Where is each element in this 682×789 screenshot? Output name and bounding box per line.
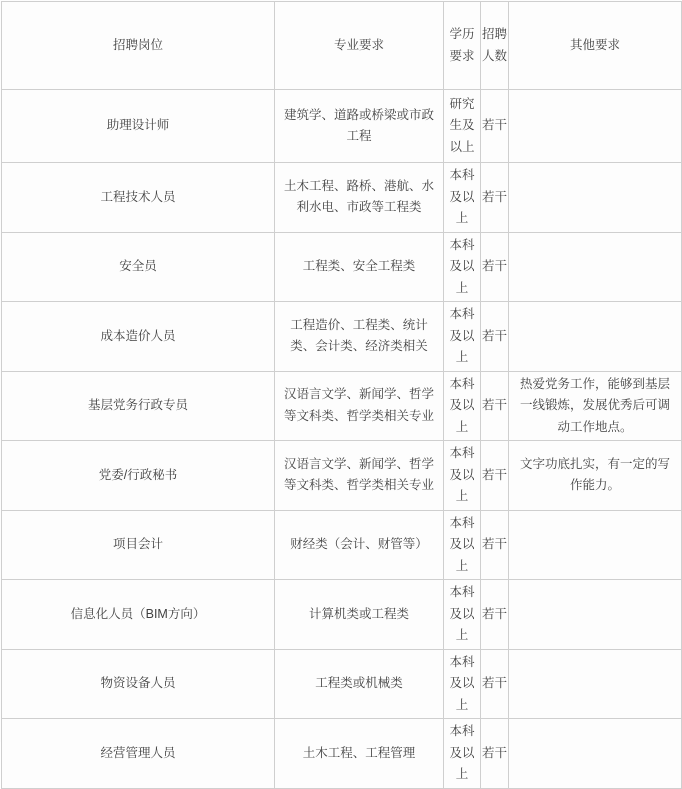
- header-major: 专业要求: [275, 2, 444, 90]
- count-cell: 若干: [481, 580, 509, 650]
- position-cell: 物资设备人员: [2, 649, 275, 719]
- other-cell: 热爱党务工作，能够到基层一线锻炼，发展优秀后可调动工作地点。: [509, 371, 682, 441]
- position-cell: 助理设计师: [2, 90, 275, 163]
- count-cell: 若干: [481, 90, 509, 163]
- education-cell: 本科及以上: [444, 302, 481, 372]
- other-cell: [509, 510, 682, 580]
- major-cell: 土木工程、路桥、港航、水利水电、市政等工程类: [275, 163, 444, 233]
- table-row: 物资设备人员 工程类或机械类 本科及以上 若干: [2, 649, 682, 719]
- position-cell: 成本造价人员: [2, 302, 275, 372]
- major-cell: 工程类、安全工程类: [275, 232, 444, 302]
- major-cell: 汉语言文学、新闻学、哲学等文科类、哲学类相关专业: [275, 441, 444, 511]
- table-row: 工程技术人员 土木工程、路桥、港航、水利水电、市政等工程类 本科及以上 若干: [2, 163, 682, 233]
- recruitment-table: 招聘岗位 专业要求 学历要求 招聘人数 其他要求 助理设计师 建筑学、道路或桥梁…: [1, 1, 682, 789]
- education-cell: 本科及以上: [444, 719, 481, 789]
- table-row: 助理设计师 建筑学、道路或桥梁或市政工程 研究生及以上 若干: [2, 90, 682, 163]
- position-cell: 经营管理人员: [2, 719, 275, 789]
- education-cell: 本科及以上: [444, 649, 481, 719]
- other-cell: [509, 163, 682, 233]
- education-cell: 本科及以上: [444, 580, 481, 650]
- other-cell: [509, 580, 682, 650]
- count-cell: 若干: [481, 232, 509, 302]
- education-cell: 本科及以上: [444, 510, 481, 580]
- table-row: 信息化人员（BIM方向） 计算机类或工程类 本科及以上 若干: [2, 580, 682, 650]
- count-cell: 若干: [481, 163, 509, 233]
- major-cell: 建筑学、道路或桥梁或市政工程: [275, 90, 444, 163]
- major-cell: 工程类或机械类: [275, 649, 444, 719]
- education-cell: 本科及以上: [444, 441, 481, 511]
- table-row: 成本造价人员 工程造价、工程类、统计类、会计类、经济类相关 本科及以上 若干: [2, 302, 682, 372]
- table-row: 基层党务行政专员 汉语言文学、新闻学、哲学等文科类、哲学类相关专业 本科及以上 …: [2, 371, 682, 441]
- table-row: 安全员 工程类、安全工程类 本科及以上 若干: [2, 232, 682, 302]
- major-cell: 土木工程、工程管理: [275, 719, 444, 789]
- other-cell: 文字功底扎实，有一定的写作能力。: [509, 441, 682, 511]
- header-education: 学历要求: [444, 2, 481, 90]
- count-cell: 若干: [481, 719, 509, 789]
- page: 招聘岗位 专业要求 学历要求 招聘人数 其他要求 助理设计师 建筑学、道路或桥梁…: [0, 0, 682, 742]
- other-cell: [509, 90, 682, 163]
- position-cell: 项目会计: [2, 510, 275, 580]
- education-cell: 本科及以上: [444, 232, 481, 302]
- header-count: 招聘人数: [481, 2, 509, 90]
- position-cell: 信息化人员（BIM方向）: [2, 580, 275, 650]
- header-row: 招聘岗位 专业要求 学历要求 招聘人数 其他要求: [2, 2, 682, 90]
- other-cell: [509, 302, 682, 372]
- count-cell: 若干: [481, 649, 509, 719]
- position-cell: 党委/行政秘书: [2, 441, 275, 511]
- position-cell: 安全员: [2, 232, 275, 302]
- other-cell: [509, 649, 682, 719]
- table-header: 招聘岗位 专业要求 学历要求 招聘人数 其他要求: [2, 2, 682, 90]
- table-row: 项目会计 财经类（会计、财管等） 本科及以上 若干: [2, 510, 682, 580]
- other-cell: [509, 719, 682, 789]
- major-cell: 计算机类或工程类: [275, 580, 444, 650]
- count-cell: 若干: [481, 302, 509, 372]
- education-cell: 本科及以上: [444, 163, 481, 233]
- table-row: 经营管理人员 土木工程、工程管理 本科及以上 若干: [2, 719, 682, 789]
- table-row: 党委/行政秘书 汉语言文学、新闻学、哲学等文科类、哲学类相关专业 本科及以上 若…: [2, 441, 682, 511]
- header-other: 其他要求: [509, 2, 682, 90]
- count-cell: 若干: [481, 441, 509, 511]
- major-cell: 工程造价、工程类、统计类、会计类、经济类相关: [275, 302, 444, 372]
- major-cell: 汉语言文学、新闻学、哲学等文科类、哲学类相关专业: [275, 371, 444, 441]
- education-cell: 本科及以上: [444, 371, 481, 441]
- count-cell: 若干: [481, 510, 509, 580]
- table-body: 助理设计师 建筑学、道路或桥梁或市政工程 研究生及以上 若干 工程技术人员 土木…: [2, 90, 682, 789]
- position-cell: 工程技术人员: [2, 163, 275, 233]
- education-cell: 研究生及以上: [444, 90, 481, 163]
- count-cell: 若干: [481, 371, 509, 441]
- other-cell: [509, 232, 682, 302]
- header-position: 招聘岗位: [2, 2, 275, 90]
- major-cell: 财经类（会计、财管等）: [275, 510, 444, 580]
- position-cell: 基层党务行政专员: [2, 371, 275, 441]
